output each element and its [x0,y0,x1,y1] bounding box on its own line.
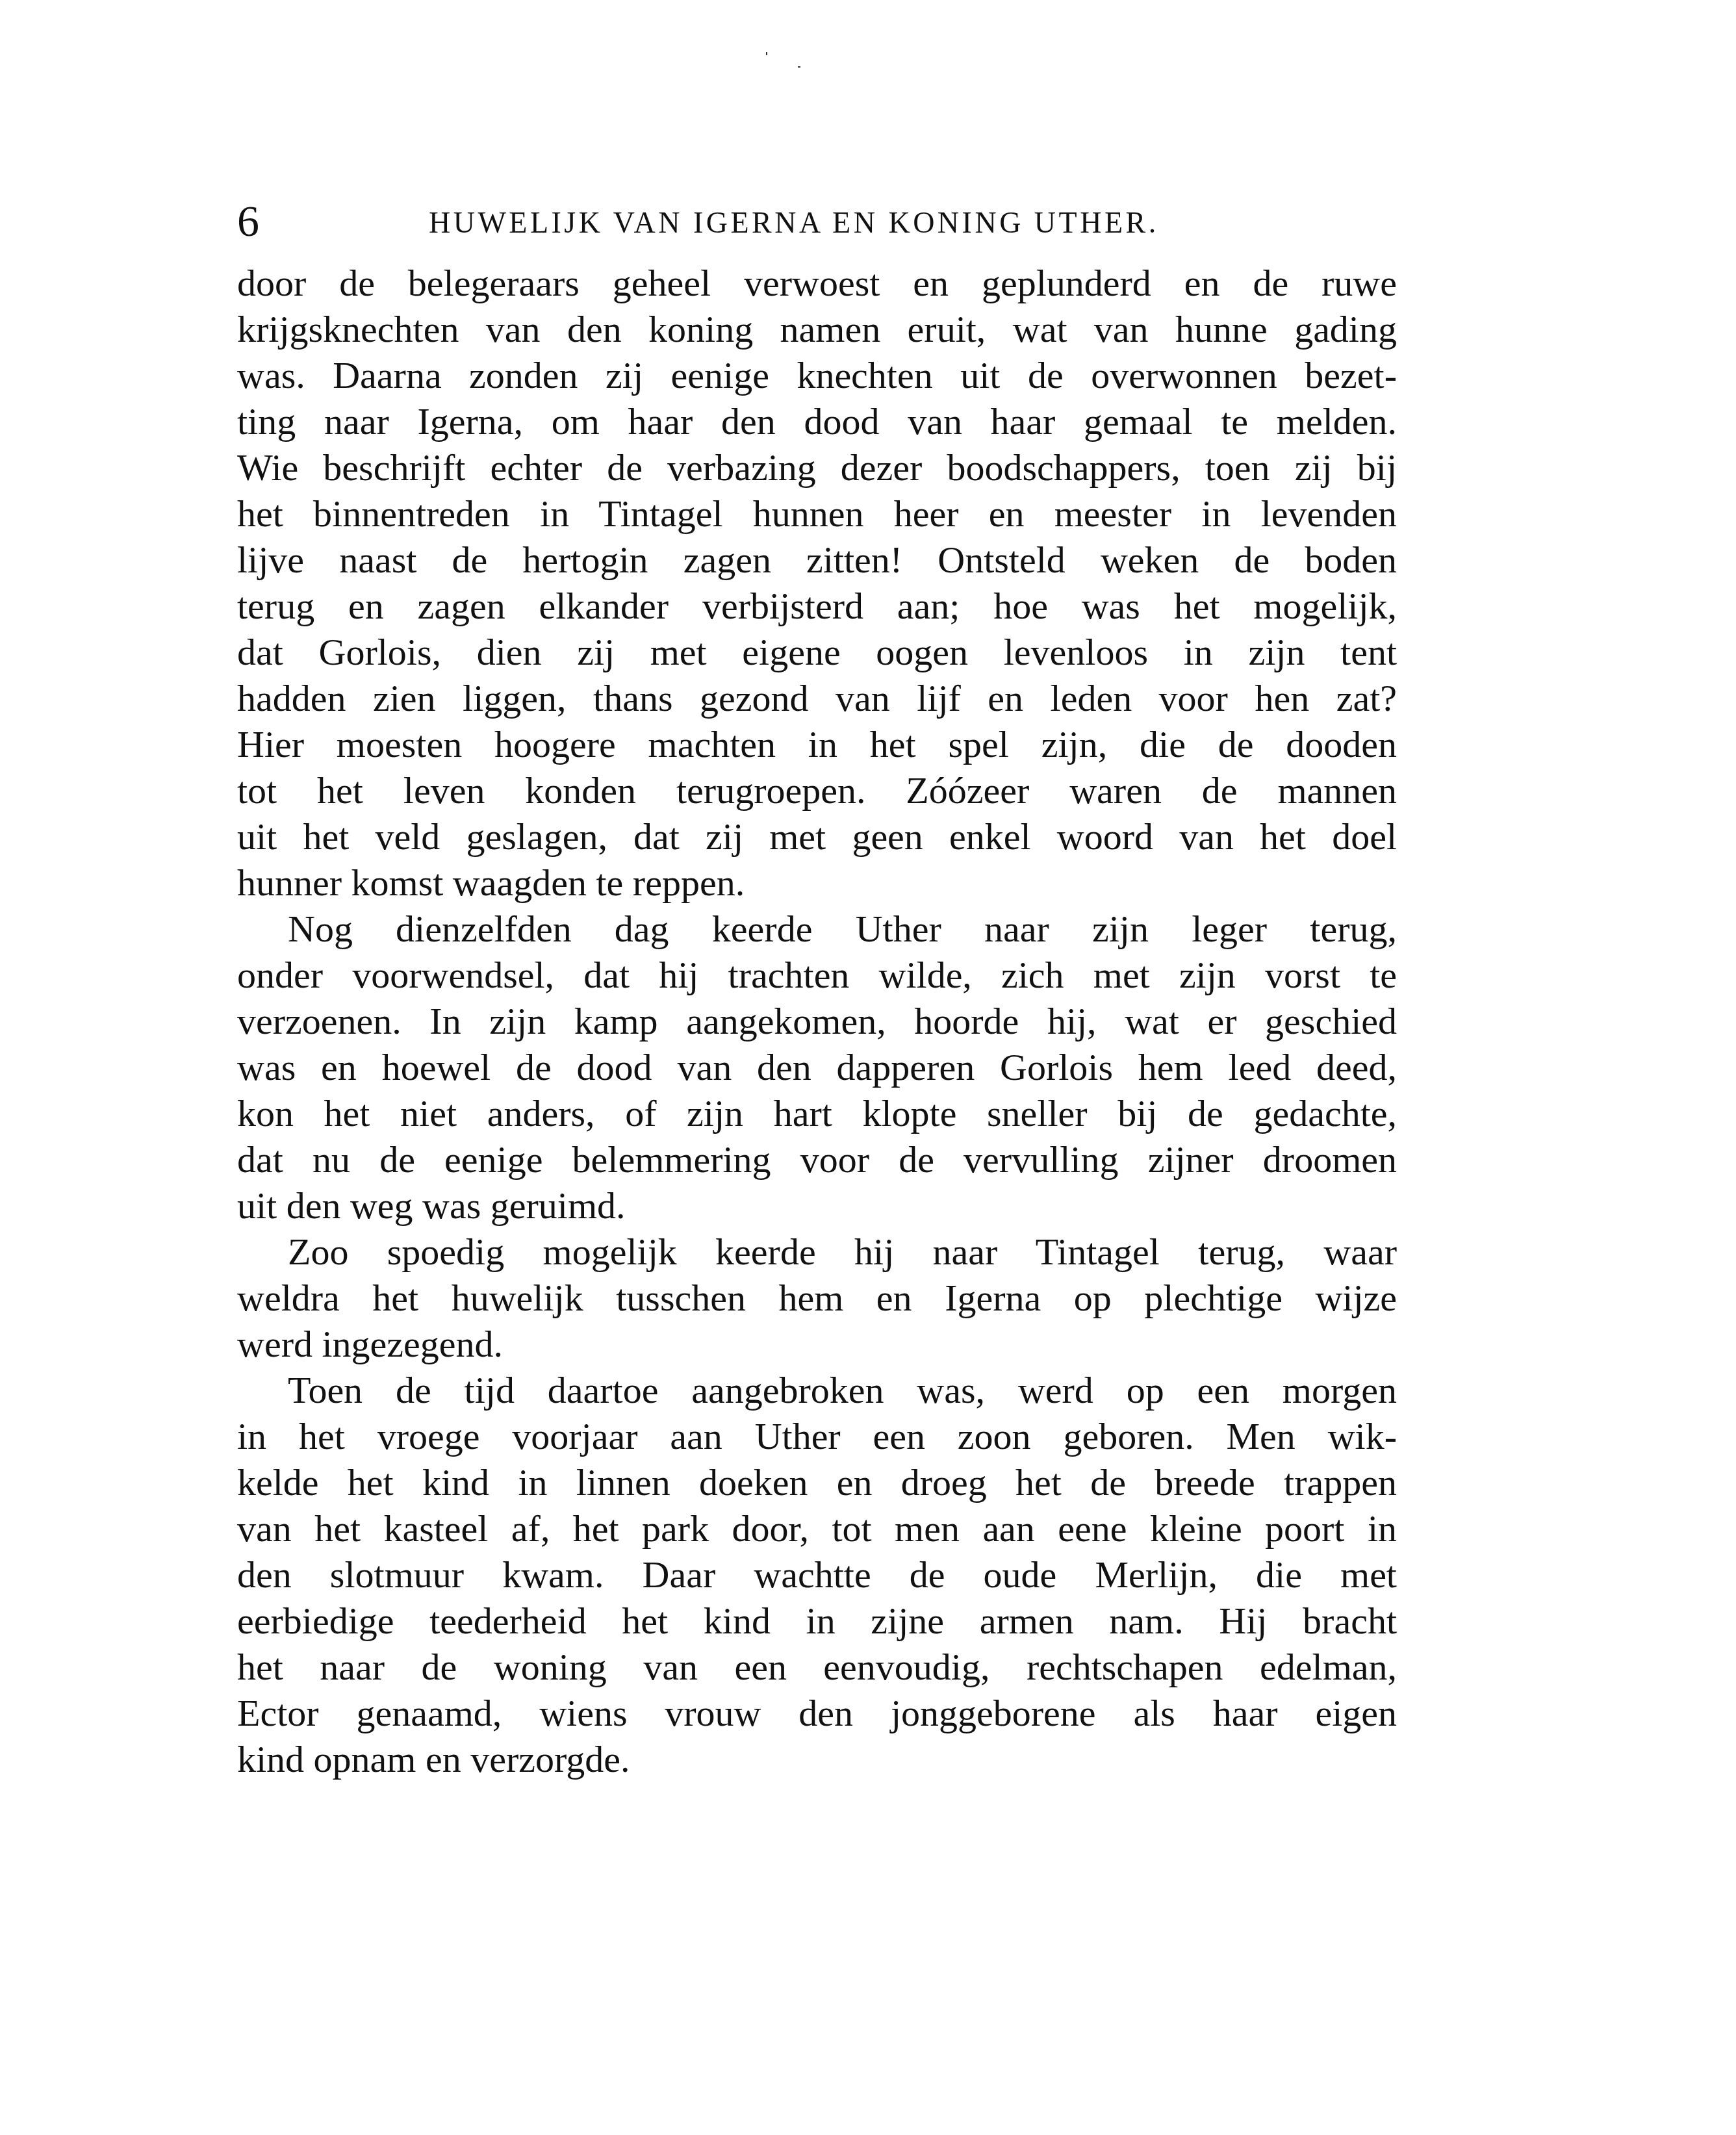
text-line: was. Daarna zonden zij eenige knechten u… [237,352,1397,398]
text-line: Nog dienzelfden dag keerde Uther naar zi… [237,906,1397,952]
page-number: 6 [237,195,259,247]
running-header: 6 HUWELIJK VAN IGERNA EN KONING UTHER. [237,195,1397,247]
text-line: het naar de woning van een eenvoudig, re… [237,1644,1397,1690]
paragraph: Zoo spoedig mogelijk keerde hij naar Tin… [237,1229,1397,1367]
text-line: tot het leven konden terugroepen. Zóózee… [237,767,1397,813]
text-line: krijgsknechten van den koning namen erui… [237,306,1397,352]
text-line: lijve naast de hertogin zagen zitten! On… [237,537,1397,583]
text-line: kind opnam en verzorgde. [237,1736,1397,1782]
text-line: terug en zagen elkander verbijsterd aan;… [237,583,1397,629]
text-line: Wie beschrijft echter de verbazing dezer… [237,444,1397,491]
book-page: 6 HUWELIJK VAN IGERNA EN KONING UTHER. d… [0,0,1736,2135]
body-text: door de belegeraars geheel verwoest en g… [237,260,1397,1782]
text-line: verzoenen. In zijn kamp aangekomen, hoor… [237,998,1397,1044]
text-line: hunner komst waagden te reppen. [237,860,1397,906]
text-line: den slotmuur kwam. Daar wachtte de oude … [237,1552,1397,1598]
text-line: hadden zien liggen, thans gezond van lij… [237,675,1397,721]
scan-speck [766,52,767,55]
scan-speck [798,66,800,68]
text-line: kon het niet anders, of zijn hart klopte… [237,1090,1397,1136]
text-line: Toen de tijd daartoe aangebroken was, we… [237,1367,1397,1413]
text-line: werd ingezegend. [237,1321,1397,1367]
text-line: Ector genaamd, wiens vrouw den jonggebor… [237,1690,1397,1736]
paragraph: door de belegeraars geheel verwoest en g… [237,260,1397,906]
text-line: van het kasteel af, het park door, tot m… [237,1505,1397,1552]
text-line: Hier moesten hoogere machten in het spel… [237,721,1397,767]
text-line: eerbiedige teederheid het kind in zijne … [237,1598,1397,1644]
text-line: kelde het kind in linnen doeken en droeg… [237,1459,1397,1505]
paragraph: Nog dienzelfden dag keerde Uther naar zi… [237,906,1397,1229]
text-line: het binnentreden in Tintagel hunnen heer… [237,491,1397,537]
text-line: weldra het huwelijk tusschen hem en Iger… [237,1275,1397,1321]
text-line: in het vroege voorjaar aan Uther een zoo… [237,1413,1397,1459]
text-line: was en hoewel de dood van den dapperen G… [237,1044,1397,1090]
text-line: Zoo spoedig mogelijk keerde hij naar Tin… [237,1229,1397,1275]
running-title: HUWELIJK VAN IGERNA EN KONING UTHER. [429,200,1159,246]
text-line: dat nu de eenige belemmering voor de ver… [237,1136,1397,1183]
text-line: uit het veld geslagen, dat zij met geen … [237,813,1397,860]
text-line: uit den weg was geruimd. [237,1183,1397,1229]
text-line: ting naar Igerna, om haar den dood van h… [237,398,1397,444]
text-line: door de belegeraars geheel verwoest en g… [237,260,1397,306]
text-line: onder voorwendsel, dat hij trachten wild… [237,952,1397,998]
paragraph: Toen de tijd daartoe aangebroken was, we… [237,1367,1397,1782]
text-line: dat Gorlois, dien zij met eigene oogen l… [237,629,1397,675]
